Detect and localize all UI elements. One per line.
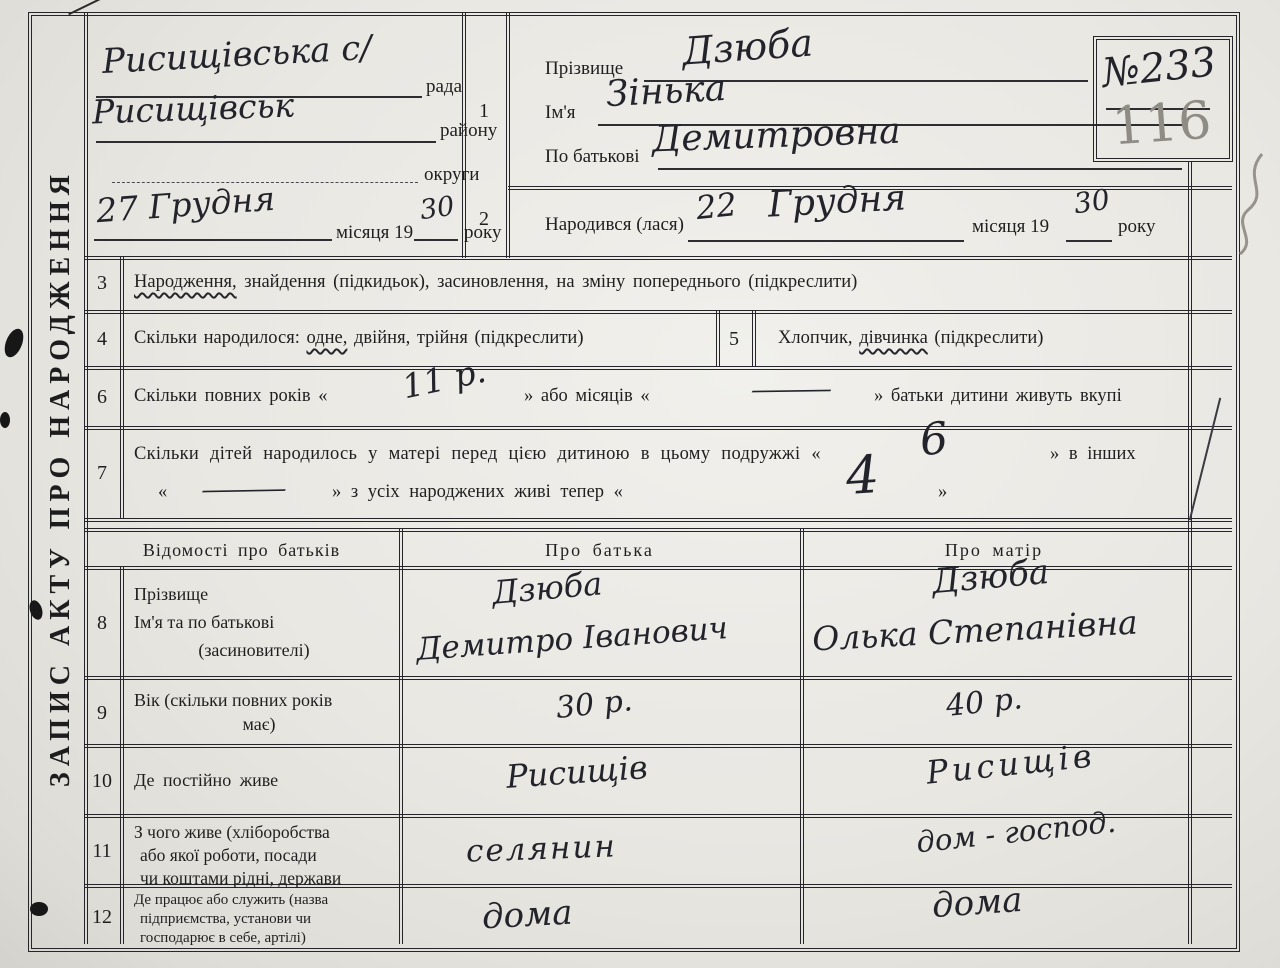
row3-rest: знайдення (підкидьок), засиновлення, на …	[237, 272, 858, 292]
row6-number: 6	[84, 386, 120, 409]
children-before-handwritten: 6	[918, 417, 950, 464]
row4-number: 4	[84, 328, 120, 351]
patronymic-write-line	[658, 168, 1182, 170]
birth-record-scan: ЗАПИС АКТУ ПРО НАРОДЖЕННЯ Рисищівська с/…	[0, 0, 1280, 968]
patronymic-label: По батькові	[545, 146, 640, 168]
row2-number: 2	[462, 208, 506, 231]
act-number-handwritten: №233	[1100, 42, 1218, 94]
children-alive-handwritten: 4	[844, 449, 881, 503]
row4-prefix: Скільки народилося:	[134, 328, 306, 348]
district-handwritten: Рисищівськ	[91, 88, 294, 128]
sidebar-title-band: ЗАПИС АКТУ ПРО НАРОДЖЕННЯ	[38, 16, 84, 940]
ink-blot	[1, 326, 27, 360]
row1-num-divider	[506, 12, 510, 258]
header-parents-info: Відомості про батьків	[84, 540, 399, 561]
birth-day-handwritten: 22	[694, 188, 738, 224]
row12-label-line3: господарює в себе, артілі)	[140, 930, 306, 947]
row12-number: 12	[84, 906, 120, 929]
mother-column-divider	[800, 528, 804, 944]
registration-month-label: місяця 19	[336, 222, 413, 244]
father-residence-handwritten: Рисищів	[505, 751, 648, 793]
pencil-mark	[1222, 148, 1278, 258]
father-workplace-handwritten: дома	[481, 896, 573, 935]
months-together-dash: —	[746, 377, 837, 402]
ink-blot	[30, 902, 48, 916]
birth-month-label: місяця 19	[972, 216, 1049, 238]
father-occupation-handwritten: селянин	[466, 831, 618, 867]
born-label: Народився (лася)	[545, 214, 684, 236]
row9-label-line1: Вік (скільки повних років	[134, 690, 332, 711]
row8-label-line3: (засиновителі)	[134, 640, 374, 661]
children-other-dash: —	[195, 476, 292, 502]
father-column-divider	[399, 528, 403, 944]
row7-part2: » в інших	[1050, 444, 1136, 465]
row3-text: Народження, знайдення (підкидьок), засин…	[134, 272, 857, 293]
row12-label-line2: підприємства, установи чи	[140, 911, 311, 928]
row11-label-line3: чи коштами рідні, держави	[140, 868, 341, 889]
row7-part4: » з усіх народжених живі тепер «	[332, 482, 623, 503]
birth-month-handwritten: Грудня	[767, 180, 907, 223]
row5-underlined: дівчинка	[859, 328, 928, 348]
row4-bottom-rule	[84, 366, 1232, 370]
row10-label: Де постійно живе	[134, 770, 278, 791]
row6-part1: Скільки повних років «	[134, 386, 327, 407]
top-section-bottom-rule	[84, 256, 1232, 260]
okruha-label: округи	[424, 164, 479, 186]
registration-date-line	[94, 239, 332, 241]
row9-number: 9	[84, 702, 120, 725]
birth-year-suffix: року	[1118, 216, 1155, 238]
row7-part5: »	[938, 482, 947, 503]
row5-num-divider	[752, 310, 756, 366]
mother-workplace-handwritten: дома	[931, 883, 1024, 923]
row6-part2: » або місяців «	[524, 386, 650, 407]
row4-text: Скільки народилося: одне, двійня, трійня…	[134, 328, 583, 349]
district-label: району	[440, 120, 497, 142]
row4-rest: двійня, трійня (підкреслити)	[347, 328, 583, 348]
row10-number: 10	[84, 770, 120, 793]
row8-label-line1: Прізвище	[134, 584, 208, 605]
row6-part3: » батьки дитини живуть вкупі	[874, 386, 1122, 407]
row6-bottom-rule	[84, 426, 1232, 430]
ink-blot	[0, 412, 10, 428]
act-number-pencil: 116	[1110, 95, 1213, 154]
council-label: рада	[426, 76, 462, 98]
row8-label-line2: Ім'я та по батькові	[134, 612, 274, 633]
row8-bottom-rule	[84, 676, 1232, 680]
row11-label-line2: або якої роботи, посади	[140, 845, 317, 866]
surname-handwritten: Дзюба	[681, 23, 814, 70]
district-write-line	[96, 141, 436, 143]
row3-bottom-rule	[84, 310, 1232, 314]
registration-year-handwritten: 30	[418, 193, 456, 225]
patronymic-handwritten: Демитровна	[651, 114, 901, 159]
row11-number: 11	[84, 840, 120, 863]
right-margin-column	[1188, 162, 1192, 944]
father-surname-handwritten: Дзюба	[491, 567, 604, 608]
row7-bottom-rule	[84, 518, 1232, 522]
birth-date-line	[688, 240, 964, 242]
row11-label-line1: З чого живе (хліборобства	[134, 822, 330, 843]
header-bottom-rule	[84, 566, 1232, 570]
birth-year-handwritten: 30	[1072, 186, 1111, 219]
row7-number: 7	[84, 462, 120, 485]
row7-part3: «	[158, 482, 167, 503]
mother-age-handwritten: 40 р.	[945, 684, 1024, 722]
row4-underlined: одне,	[306, 328, 347, 348]
row1-number: 1	[462, 100, 506, 123]
name-handwritten: Зінька	[605, 71, 727, 113]
row5-number: 5	[716, 328, 752, 351]
form-title-vertical: ЗАПИС АКТУ ПРО НАРОДЖЕННЯ	[45, 169, 77, 787]
row5-text: Хлопчик, дівчинка (підкреслити)	[778, 328, 1043, 349]
row3-underlined: Народження,	[134, 272, 237, 292]
birth-year-line	[1066, 240, 1112, 242]
row9-label-line2: має)	[134, 714, 384, 735]
row8-number: 8	[84, 612, 120, 635]
mother-surname-handwritten: Дзюба	[931, 555, 1051, 599]
row5-prefix: Хлопчик,	[778, 328, 859, 348]
row3-number: 3	[84, 272, 120, 295]
row5-rest: (підкреслити)	[928, 328, 1044, 348]
table-top-rule	[84, 528, 1232, 532]
name-label: Ім'я	[545, 102, 576, 124]
father-age-handwritten: 30 р.	[555, 686, 634, 724]
registration-year-line	[414, 239, 458, 241]
header-about-father: Про батька	[399, 540, 800, 561]
row12-label-line1: Де працює або служить (назва	[134, 892, 328, 909]
num-column-divider-upper	[120, 256, 124, 518]
row7-part1: Скільки дітей народилось у матері перед …	[134, 444, 821, 465]
